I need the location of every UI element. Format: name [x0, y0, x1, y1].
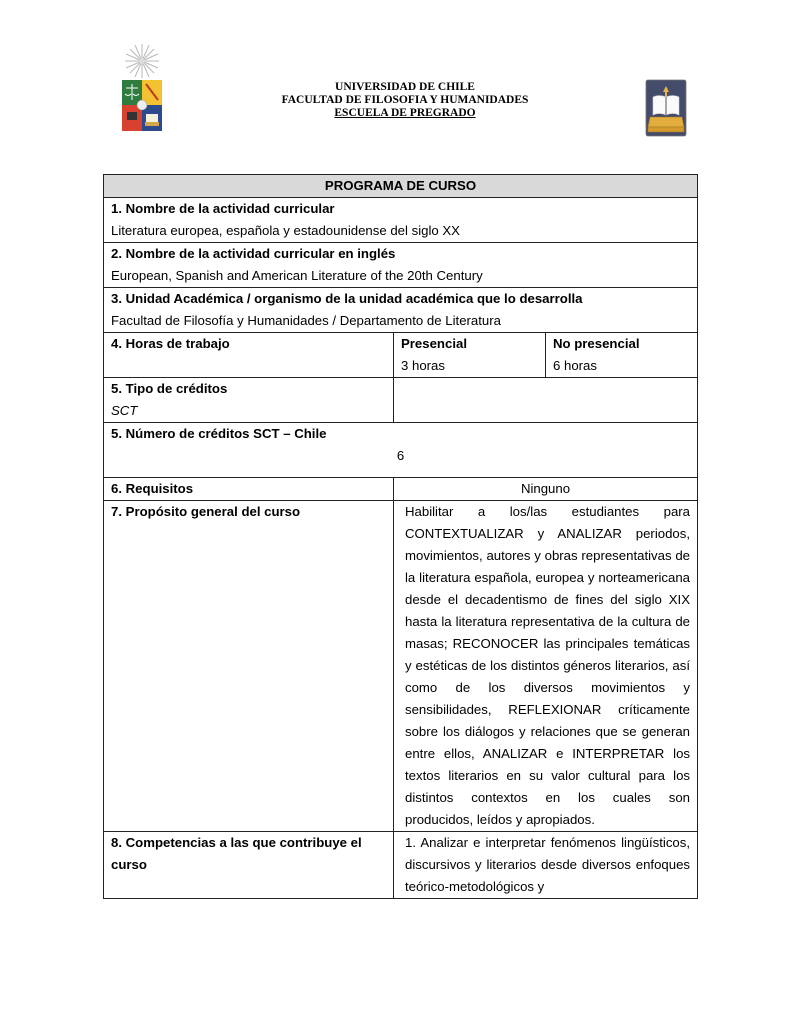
course-name-label: 1. Nombre de la actividad curricular: [111, 198, 690, 220]
no-presencial-value: 6 horas: [553, 355, 690, 377]
credit-type-label: 5. Tipo de créditos: [111, 378, 386, 400]
course-program-table: PROGRAMA DE CURSO 1. Nombre de la activi…: [103, 174, 698, 899]
requirements-value: Ninguno: [394, 478, 698, 501]
course-name-english-value: European, Spanish and American Literatur…: [111, 265, 690, 287]
row-competencies: 8. Competencias a las que contribuye el …: [104, 832, 698, 899]
faculty-book-emblem-icon: [645, 79, 687, 137]
program-title: PROGRAMA DE CURSO: [104, 175, 698, 198]
no-presencial-label: No presencial: [553, 333, 690, 355]
credit-type-value: SCT: [111, 400, 386, 422]
credit-type-empty-cell: [394, 378, 698, 423]
presencial-value: 3 horas: [401, 355, 538, 377]
competencies-value: 1. Analizar e interpretar fenómenos ling…: [394, 832, 698, 899]
school-name: ESCUELA DE PREGRADO: [334, 107, 475, 119]
row-course-name-english: 2. Nombre de la actividad curricular en …: [104, 243, 698, 288]
institution-heading: UNIVERSIDAD DE CHILE FACULTAD DE FILOSOF…: [200, 81, 610, 120]
course-name-value: Literatura europea, española y estadouni…: [111, 220, 690, 242]
academic-unit-label: 3. Unidad Académica / organismo de la un…: [111, 288, 690, 310]
faculty-name: FACULTAD DE FILOSOFIA Y HUMANIDADES: [200, 94, 610, 107]
row-credit-count: 5. Número de créditos SCT – Chile 6: [104, 423, 698, 478]
row-course-purpose: 7. Propósito general del curso Habilitar…: [104, 501, 698, 832]
credit-count-label: 5. Número de créditos SCT – Chile: [111, 423, 690, 445]
row-requirements: 6. Requisitos Ninguno: [104, 478, 698, 501]
course-name-english-label: 2. Nombre de la actividad curricular en …: [111, 243, 690, 265]
document-header: UNIVERSIDAD DE CHILE FACULTAD DE FILOSOF…: [0, 0, 800, 160]
course-purpose-value: Habilitar a los/las estudiantes para CON…: [394, 501, 698, 832]
competencies-label: 8. Competencias a las que contribuye el …: [104, 832, 394, 899]
academic-unit-value: Facultad de Filosofía y Humanidades / De…: [111, 310, 690, 332]
row-course-name: 1. Nombre de la actividad curricular Lit…: [104, 198, 698, 243]
row-academic-unit: 3. Unidad Académica / organismo de la un…: [104, 288, 698, 333]
requirements-label: 6. Requisitos: [104, 478, 394, 501]
university-name: UNIVERSIDAD DE CHILE: [200, 81, 610, 94]
work-hours-label: 4. Horas de trabajo: [104, 333, 394, 378]
row-credit-type: 5. Tipo de créditos SCT: [104, 378, 698, 423]
row-work-hours: 4. Horas de trabajo Presencial 3 horas N…: [104, 333, 698, 378]
course-purpose-label: 7. Propósito general del curso: [104, 501, 394, 832]
credit-count-value: 6: [111, 445, 690, 467]
presencial-label: Presencial: [401, 333, 538, 355]
universidad-de-chile-crest-icon: [118, 42, 166, 134]
